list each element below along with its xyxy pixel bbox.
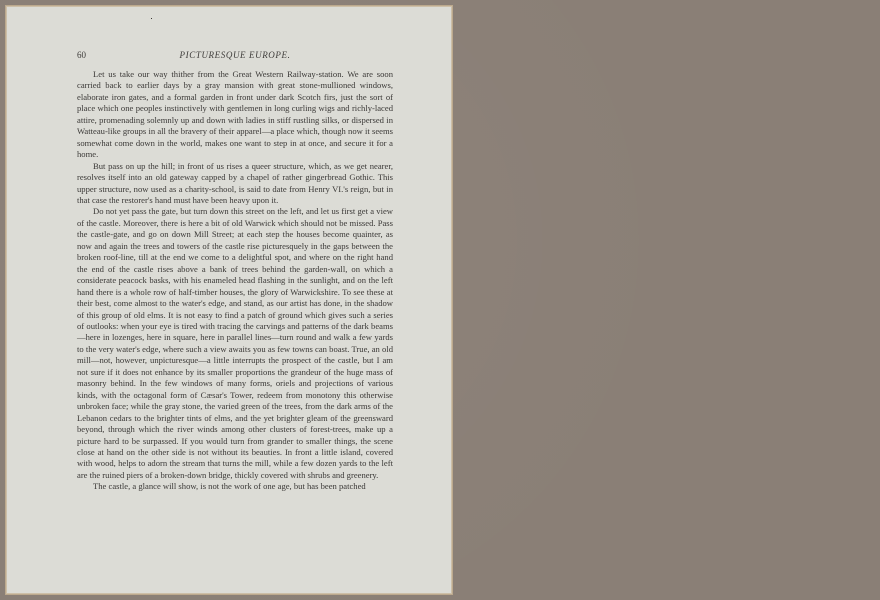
paragraph: Do not yet pass the gate, but turn down … xyxy=(77,206,393,481)
page-body: Let us take our way thither from the Gre… xyxy=(77,69,393,493)
page-header: 60 PICTURESQUE EUROPE. xyxy=(77,50,393,64)
paragraph: The castle, a glance will show, is not t… xyxy=(77,481,393,492)
running-title: PICTURESQUE EUROPE. xyxy=(77,50,393,60)
paper-speck xyxy=(151,18,152,19)
paragraph: But pass on up the hill; in front of us … xyxy=(77,161,393,207)
paragraph: Let us take our way thither from the Gre… xyxy=(77,69,393,161)
